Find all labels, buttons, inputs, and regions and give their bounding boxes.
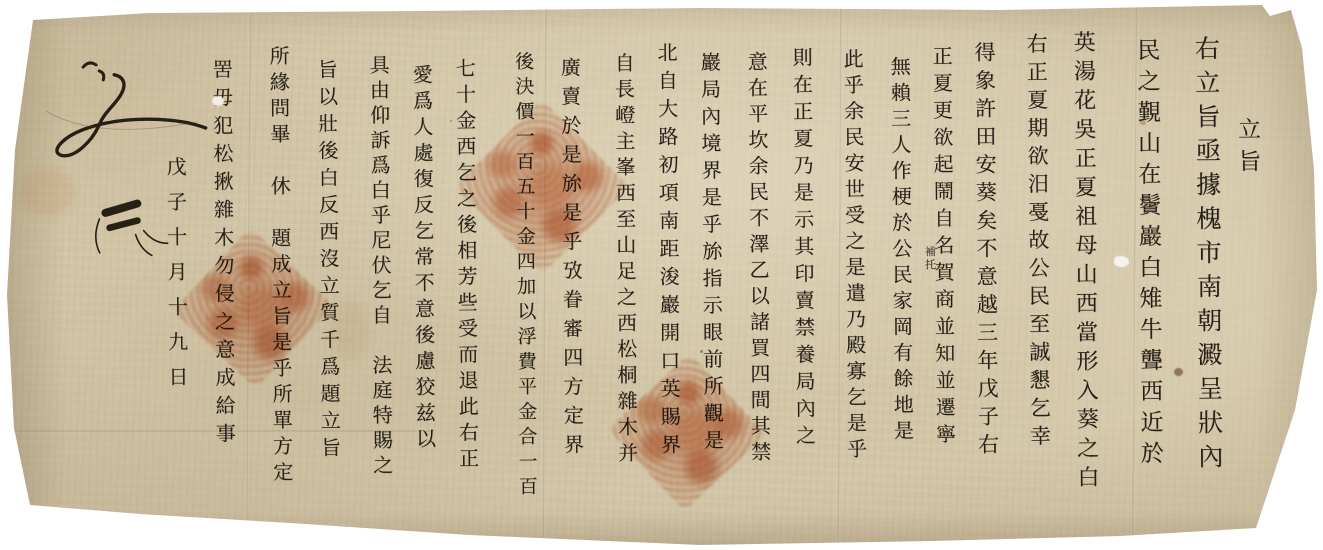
text-column: 右立旨亟據槐市南朝澱呈狀內 [1192,35,1222,477]
doc-title: 立旨 [1235,117,1260,181]
photograph-of-manuscript: 立旨 右立旨亟據槐市南朝澱呈狀內 民之覲山在鬢巖白雉牛聾西近於 英湯花吳正夏祖母… [0,0,1323,550]
text-column: 民之覲山在鬢巖白雉牛聾西近於 [1134,38,1162,472]
text-column: 具由仰訴爲白乎尼伏乞自 法庭特賜之 [367,54,392,479]
text-column: 意在平坎余民不澤乙以諸買四間其禁 [745,51,770,467]
text-column: 得象許田安葵矣不意越三年戊子右 [973,41,999,461]
text-column: 右正夏期欲汨戞故公民至誠懇乞幸 [1025,33,1051,453]
text-column: 愛爲人處復反乞常不意後慮狡兹以 [410,64,434,454]
text-column: 七十金西乞之後相芳些受而退此右正 [453,58,478,474]
text-column: 此乎余民安世受之是遣乃殿寡乞是乎 [841,48,866,464]
text-column: 英湯花吳正夏祖母山西當形入葵之白 [1071,30,1098,494]
text-column: 廣賣於是旀是乎攷眷審四方定界 [558,57,583,463]
text-column: 無賴三人作梗於公民家岡有餘地是 [888,56,912,446]
interlinear-note: 補托 [924,246,936,272]
text-column: 則在正夏乃是示其印賣禁養局內之 [790,47,815,452]
text-column: 旨以壯後白反西沒立質千爲題立旨 [315,59,340,464]
manuscript-paper: 立旨 右立旨亟據槐市南朝澱呈狀內 民之覲山在鬢巖白雉牛聾西近於 英湯花吳正夏祖母… [0,0,1323,550]
